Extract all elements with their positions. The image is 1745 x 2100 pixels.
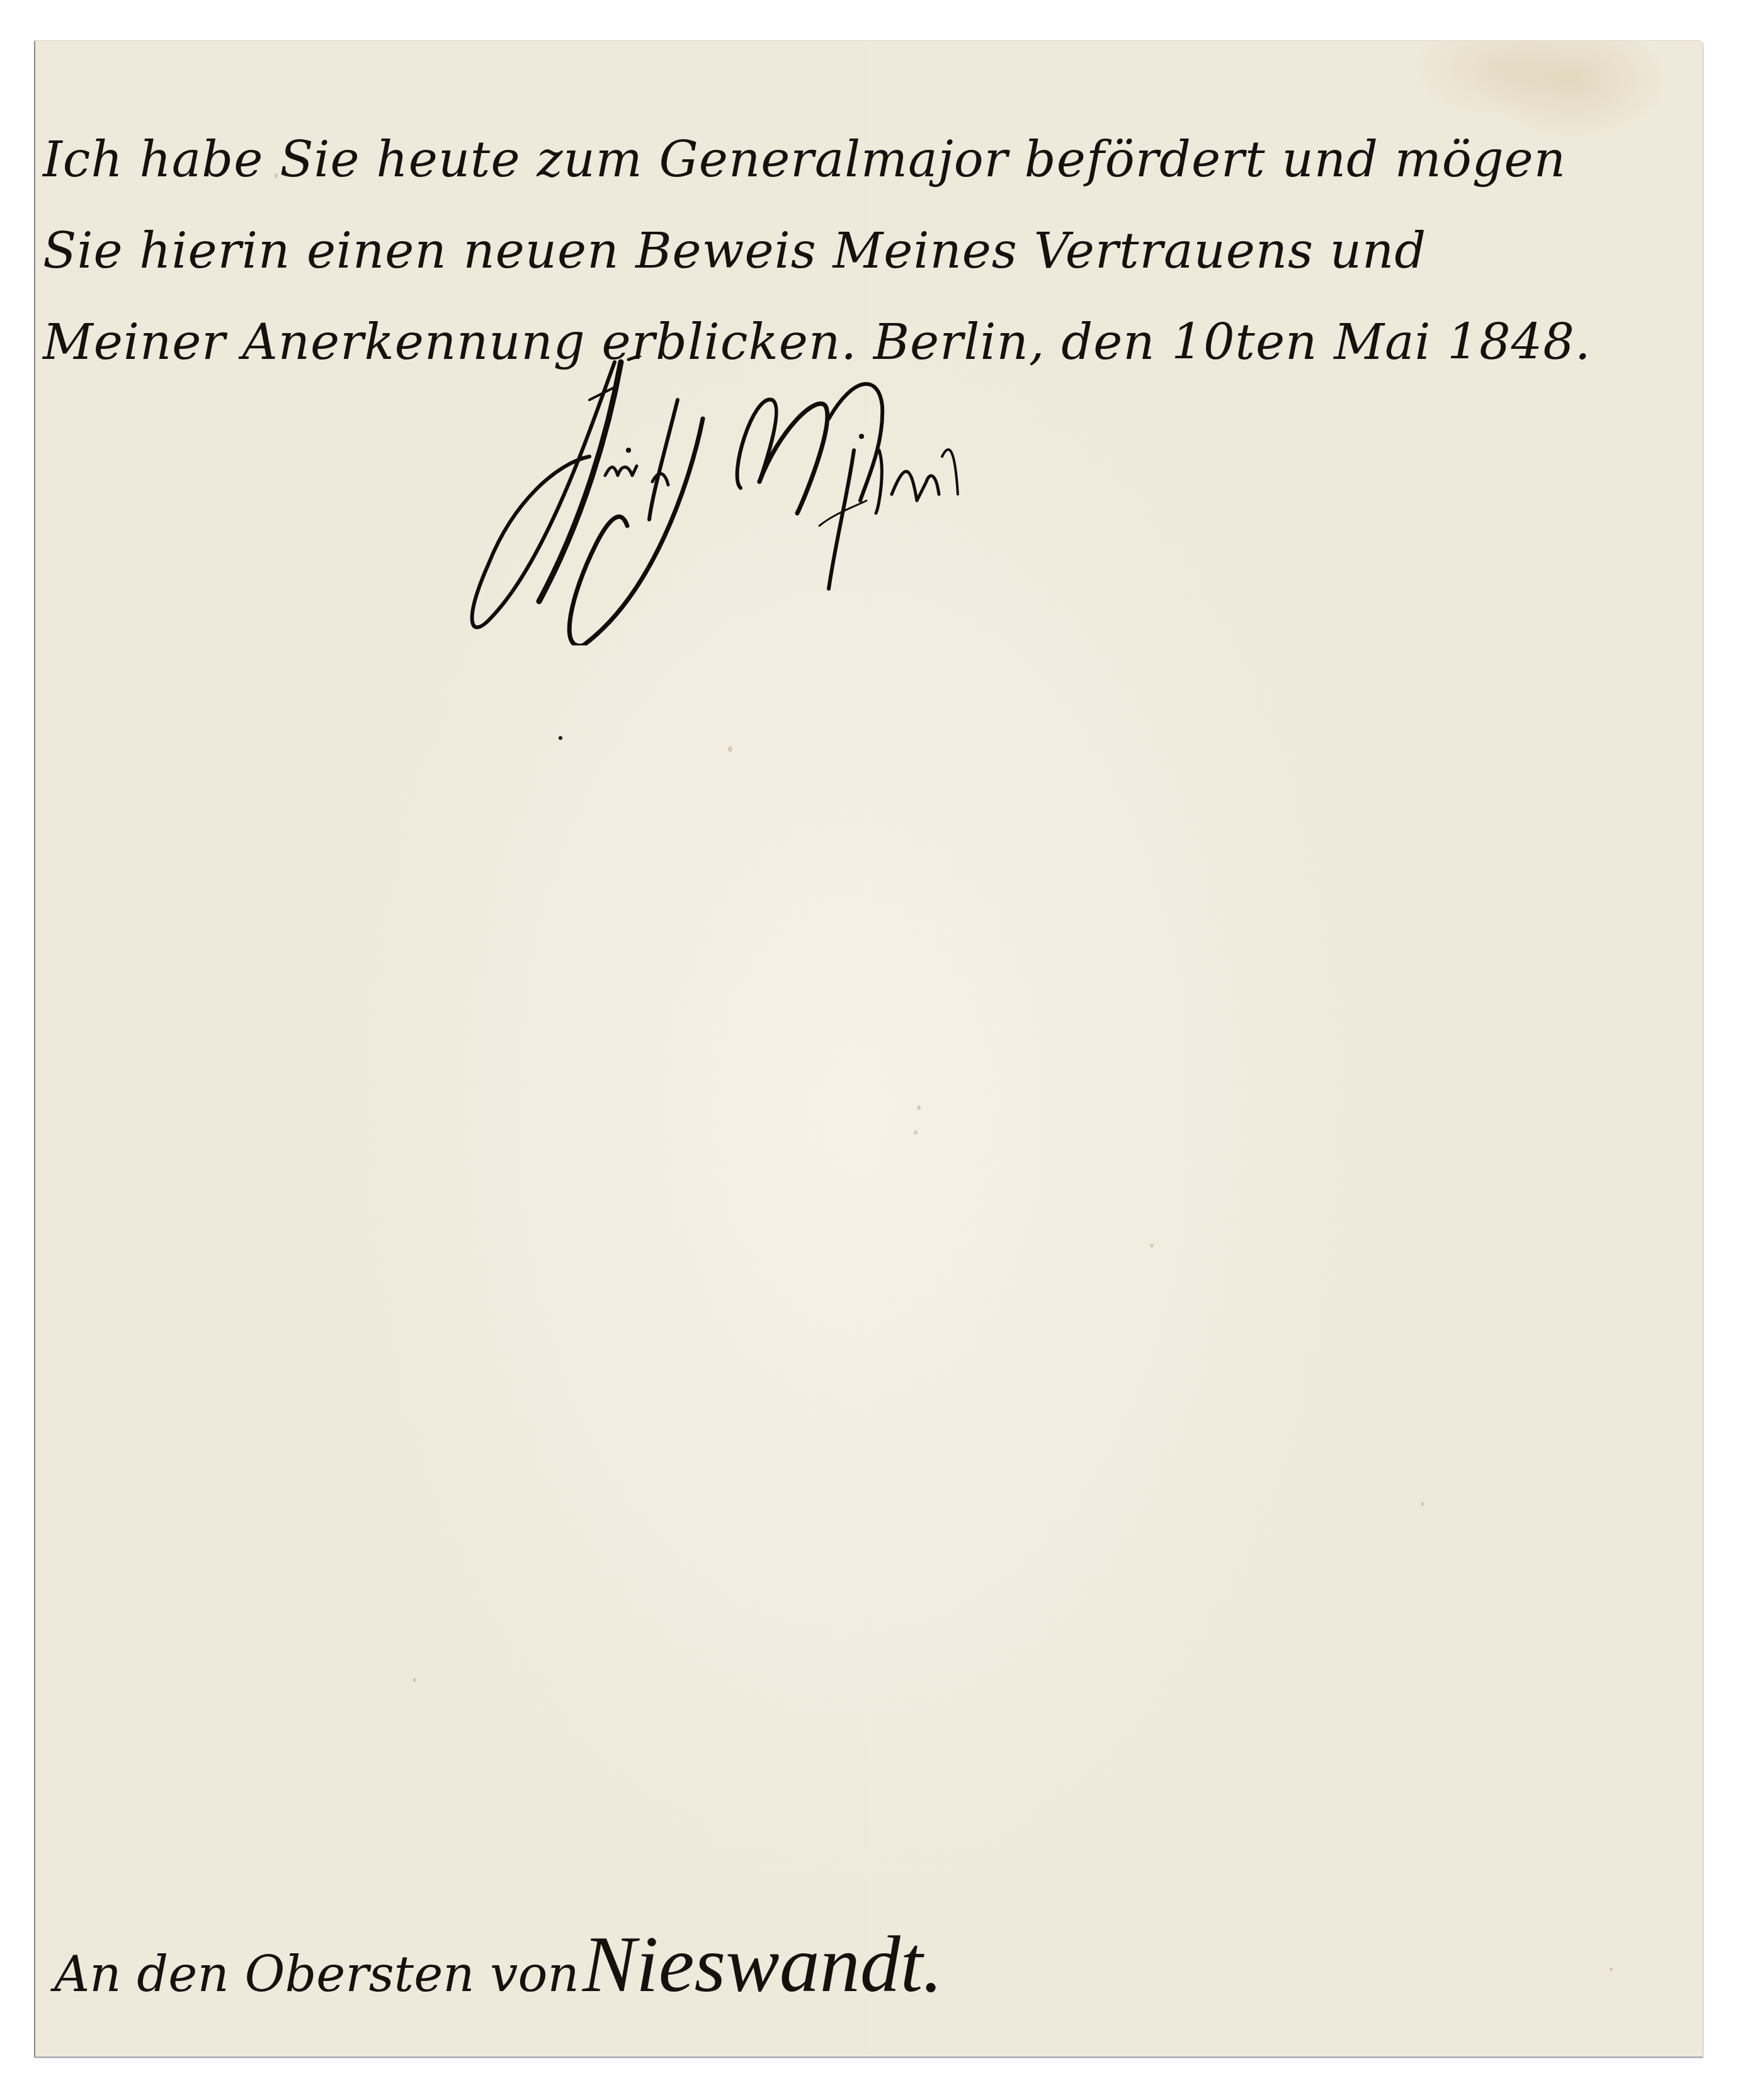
ink-dot <box>559 736 562 740</box>
paper-speck <box>1150 1244 1154 1247</box>
signature-strokes <box>463 356 1471 645</box>
paper-speck <box>728 746 732 752</box>
signature: Friedrich Wilhelm <box>463 356 1471 645</box>
paper-speck <box>914 1130 918 1135</box>
address-line: An den Obersten von Nieswandt. <box>54 1924 943 2004</box>
paper-speck <box>917 1105 921 1110</box>
paper-speck <box>1610 1968 1613 1971</box>
address-name: Nieswandt. <box>583 1919 943 2009</box>
paper-speck <box>413 1678 416 1682</box>
letter-sheet: Ich habe Sie heute zum Generalmajor befö… <box>34 40 1703 2058</box>
address-prefix: An den Obersten von <box>54 1946 579 2003</box>
body-line-1: Ich habe Sie heute zum Generalmajor befö… <box>43 135 1693 184</box>
body-line-2: Sie hierin einen neuen Beweis Meines Ver… <box>43 227 1693 276</box>
paper-speck <box>1421 1502 1424 1506</box>
